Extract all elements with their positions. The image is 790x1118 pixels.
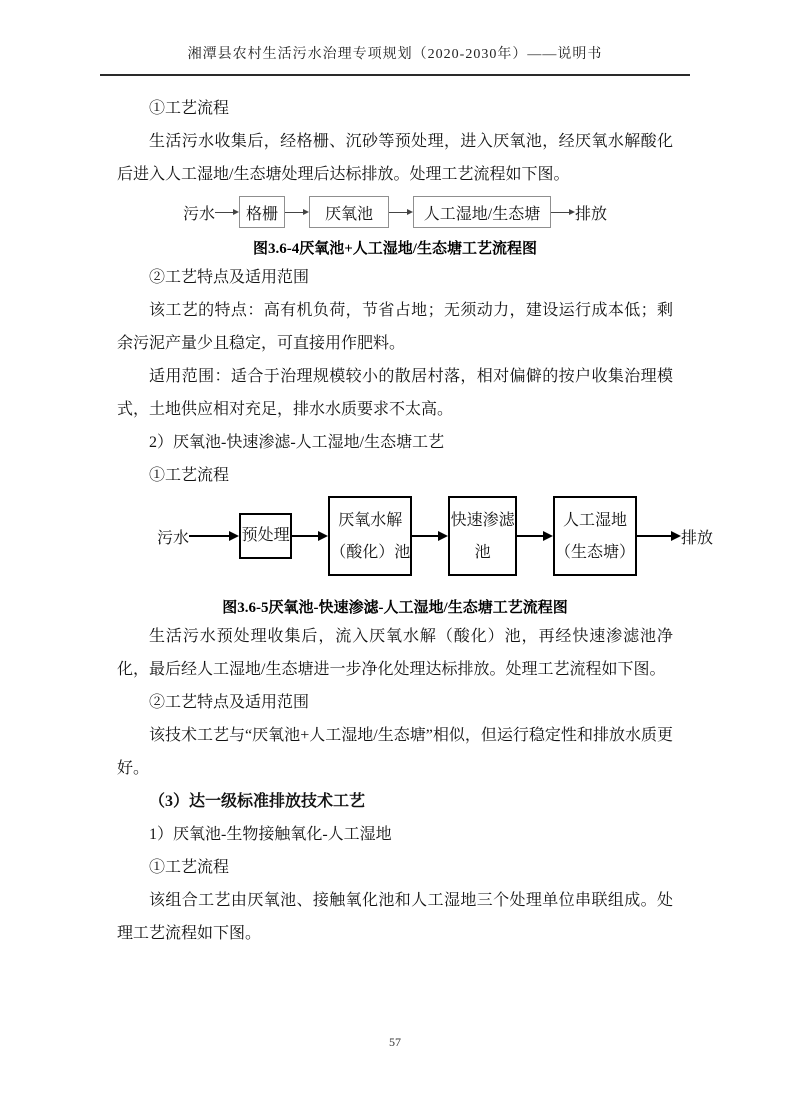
flow-arrow-icon [189, 531, 239, 541]
flow-arrow-icon [285, 209, 309, 215]
flow1-box-anaerobic-tank: 厌氧池 [309, 196, 389, 228]
subsection-heading-2: 2）厌氧池-快速渗滤-人工湿地/生态塘工艺 [117, 426, 673, 459]
page-footer: 57 [0, 1035, 790, 1050]
flow1-sink-label: 排放 [575, 201, 607, 224]
figure-caption-3-6-5: 图3.6-5厌氧池-快速渗滤-人工湿地/生态塘工艺流程图 [117, 596, 673, 620]
flow2-source-label: 污水 [157, 525, 189, 548]
process-flow-heading-2: ①工艺流程 [117, 459, 673, 492]
flow2-box-rapid-infiltration-line2: 池 [475, 537, 491, 569]
flow2-box-anaerobic-hydrolysis-line1: 厌氧水解 [338, 505, 402, 537]
document-title: 湘潭县农村生活污水治理专项规划（2020-2030年）——说明书 [188, 47, 603, 62]
page-number: 57 [389, 1035, 401, 1049]
flow-arrow-icon [412, 531, 448, 541]
features-heading-2: ②工艺特点及适用范围 [117, 686, 673, 719]
flow-arrow-icon [517, 531, 553, 541]
flow-arrow-icon [292, 531, 328, 541]
flow2-box-rapid-infiltration: 快速渗滤 池 [448, 496, 517, 576]
paragraph-process-description-1: 生活污水收集后，经格栅、沉砂等预处理，进入厌氧池，经厌氧水解酸化后进入人工湿地/… [117, 125, 673, 191]
paragraph-process-description-2: 生活污水预处理收集后，流入厌氧水解（酸化）池，再经快速渗滤池净化，最后经人工湿地… [117, 620, 673, 686]
flowchart-rapid-infiltration-wetland: 污水 预处理 厌氧水解 （酸化）池 快速渗滤 池 人工湿地 （生态塘） 排放 [157, 494, 713, 578]
paragraph-process-description-3: 该组合工艺由厌氧池、接触氧化池和人工湿地三个处理单位串联组成。处理工艺流程如下图… [117, 884, 673, 950]
flow-arrow-icon [389, 209, 413, 215]
flow2-box-pretreatment-label: 预处理 [242, 520, 290, 552]
paragraph-features-2: 该技术工艺与“厌氧池+人工湿地/生态塘”相似，但运行稳定性和排放水质更好。 [117, 719, 673, 785]
flow1-box-wetland-pond: 人工湿地/生态塘 [413, 196, 551, 228]
flow2-box-rapid-infiltration-line1: 快速渗滤 [451, 505, 515, 537]
features-heading-1: ②工艺特点及适用范围 [117, 261, 673, 294]
paragraph-application-scope-1: 适用范围：适合于治理规模较小的散居村落，相对偏僻的按户收集治理模式，土地供应相对… [117, 360, 673, 426]
paragraph-features-1: 该工艺的特点：高有机负荷，节省占地；无须动力，建设运行成本低；剩余污泥产量少且稳… [117, 294, 673, 360]
flow2-box-constructed-wetland: 人工湿地 （生态塘） [553, 496, 637, 576]
document-page: 湘潭县农村生活污水治理专项规划（2020-2030年）——说明书 ①工艺流程 生… [0, 0, 790, 1118]
figure-caption-3-6-4: 图3.6-4厌氧池+人工湿地/生态塘工艺流程图 [117, 237, 673, 261]
flow-arrow-icon [215, 209, 239, 215]
flow2-box-pretreatment: 预处理 [239, 513, 292, 559]
flow2-box-constructed-wetland-line2: （生态塘） [555, 537, 635, 569]
page-header: 湘潭县农村生活污水治理专项规划（2020-2030年）——说明书 [100, 45, 690, 76]
flow-arrow-icon [551, 209, 575, 215]
flow1-box-grille: 格栅 [239, 196, 285, 228]
subsection-heading-contact-oxidation: 1）厌氧池-生物接触氧化-人工湿地 [117, 818, 673, 851]
flow2-box-anaerobic-hydrolysis: 厌氧水解 （酸化）池 [328, 496, 412, 576]
flowchart-anaerobic-wetland: 污水 格栅 厌氧池 人工湿地/生态塘 排放 [117, 195, 673, 229]
process-flow-heading-3: ①工艺流程 [117, 851, 673, 884]
flow2-box-constructed-wetland-line1: 人工湿地 [563, 505, 627, 537]
flow1-source-label: 污水 [183, 201, 215, 224]
process-flow-heading-1: ①工艺流程 [117, 92, 673, 125]
page-body: ①工艺流程 生活污水收集后，经格栅、沉砂等预处理，进入厌氧池，经厌氧水解酸化后进… [100, 92, 690, 950]
flow-arrow-icon [637, 531, 681, 541]
section-heading-level1-standard: （3）达一级标准排放技术工艺 [117, 785, 673, 818]
flow2-sink-label: 排放 [681, 525, 713, 548]
flow2-box-anaerobic-hydrolysis-line2: （酸化）池 [330, 537, 410, 569]
